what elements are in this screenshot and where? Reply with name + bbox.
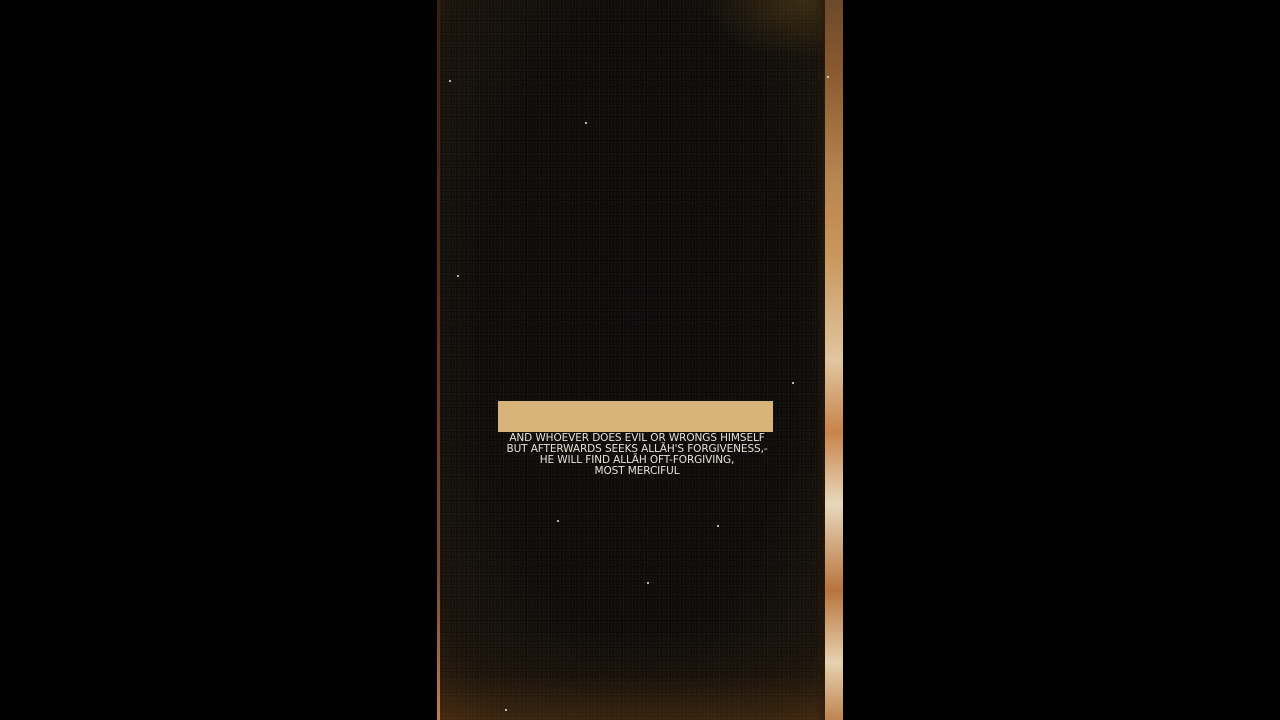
dust-speck: [647, 582, 649, 584]
dust-speck: [505, 709, 507, 711]
vertical-video-panel: AND WHOEVER DOES EVIL OR WRONGS HIMSELF …: [437, 0, 843, 720]
bottom-light-leak: [437, 630, 843, 720]
dust-speck: [457, 275, 459, 277]
top-light-leak: [705, 0, 825, 60]
dust-speck: [827, 76, 829, 78]
right-worn-paper-edge: [825, 0, 843, 720]
dust-speck: [717, 525, 719, 527]
video-frame: AND WHOEVER DOES EVIL OR WRONGS HIMSELF …: [0, 0, 1280, 720]
right-edge-shadow: [815, 0, 825, 720]
quote-line: MOST MERCIFUL: [477, 466, 797, 477]
dust-speck: [557, 520, 559, 522]
dust-speck: [792, 382, 794, 384]
quote-text: AND WHOEVER DOES EVIL OR WRONGS HIMSELF …: [477, 433, 797, 477]
film-grain-texture: [437, 0, 843, 720]
dust-speck: [449, 80, 451, 82]
dust-speck: [585, 122, 587, 124]
gold-title-bar: [498, 401, 773, 432]
left-burned-edge: [437, 0, 440, 720]
